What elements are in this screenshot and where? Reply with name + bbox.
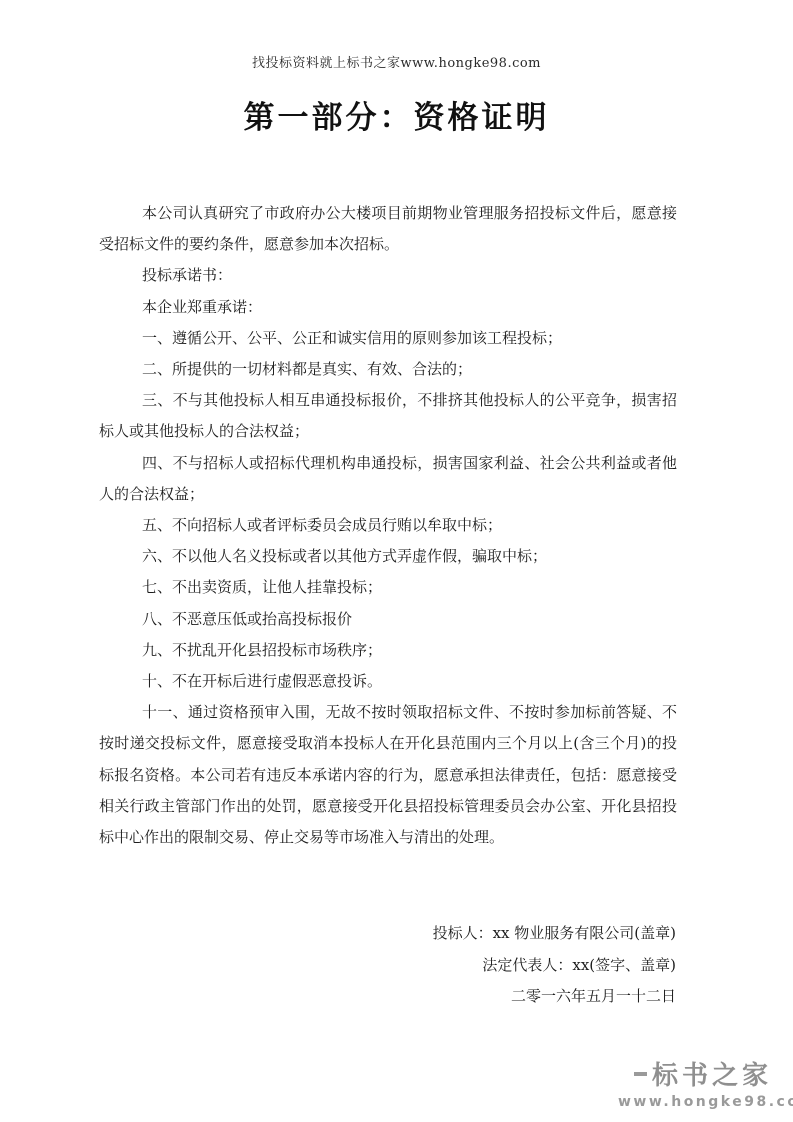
paragraph-item-7: 七、不出卖资质，让他人挂靠投标； — [99, 572, 677, 603]
paragraph-item-11: 十一、通过资格预审入围，无故不按时领取招标文件、不按时参加标前答疑、不按时递交投… — [99, 697, 677, 853]
paragraph-item-4: 四、不与招标人或招标代理机构串通投标，损害国家利益、社会公共利益或者他人的合法权… — [99, 448, 677, 510]
paragraph-item-3: 三、不与其他投标人相互串通投标报价，不排挤其他投标人的公平竞争，损害招标人或其他… — [99, 385, 677, 447]
watermark-brand-row: 标书之家 — [618, 1055, 788, 1092]
signature-bidder-line: 投标人：xx 物业服务有限公司(盖章) — [433, 918, 676, 950]
document-body: 本公司认真研究了市政府办公大楼项目前期物业管理服务招投标文件后，愿意接受招标文件… — [99, 198, 677, 853]
document-page: 找投标资料就上标书之家www.hongke98.com 第一部分：资格证明 本公… — [0, 0, 793, 1122]
paragraph-item-8: 八、不恶意压低或抬高投标报价 — [99, 604, 677, 635]
page-title: 第一部分：资格证明 — [0, 92, 793, 137]
signature-block: 投标人：xx 物业服务有限公司(盖章) 法定代表人：xx(签字、盖章) 二零一六… — [433, 918, 676, 1013]
paragraph-item-6: 六、不以他人名义投标或者以其他方式弄虚作假，骗取中标； — [99, 541, 677, 572]
signature-legal-rep-line: 法定代表人：xx(签字、盖章) — [433, 950, 676, 982]
paragraph-item-9: 九、不扰乱开化县招投标市场秩序； — [99, 635, 677, 666]
paragraph-item-2: 二、所提供的一切材料都是真实、有效、合法的； — [99, 354, 677, 385]
signature-date-line: 二零一六年五月一十二日 — [433, 981, 676, 1013]
watermark-url-text: www.hongke98.com — [618, 1094, 788, 1110]
watermark-brand-text: 标书之家 — [652, 1055, 772, 1092]
paragraph-item-10: 十、不在开标后进行虚假恶意投诉。 — [99, 666, 677, 697]
paragraph-pledge-heading: 本企业郑重承诺： — [99, 292, 677, 323]
paragraph-commitment-heading: 投标承诺书： — [99, 260, 677, 291]
watermark: 标书之家 www.hongke98.com — [618, 1055, 788, 1110]
watermark-dash-icon — [634, 1072, 647, 1076]
paragraph-item-1: 一、遵循公开、公平、公正和诚实信用的原则参加该工程投标； — [99, 323, 677, 354]
paragraph-item-5: 五、不向招标人或者评标委员会成员行贿以牟取中标； — [99, 510, 677, 541]
paragraph-intro: 本公司认真研究了市政府办公大楼项目前期物业管理服务招投标文件后，愿意接受招标文件… — [99, 198, 677, 260]
header-site-note: 找投标资料就上标书之家www.hongke98.com — [0, 52, 793, 71]
